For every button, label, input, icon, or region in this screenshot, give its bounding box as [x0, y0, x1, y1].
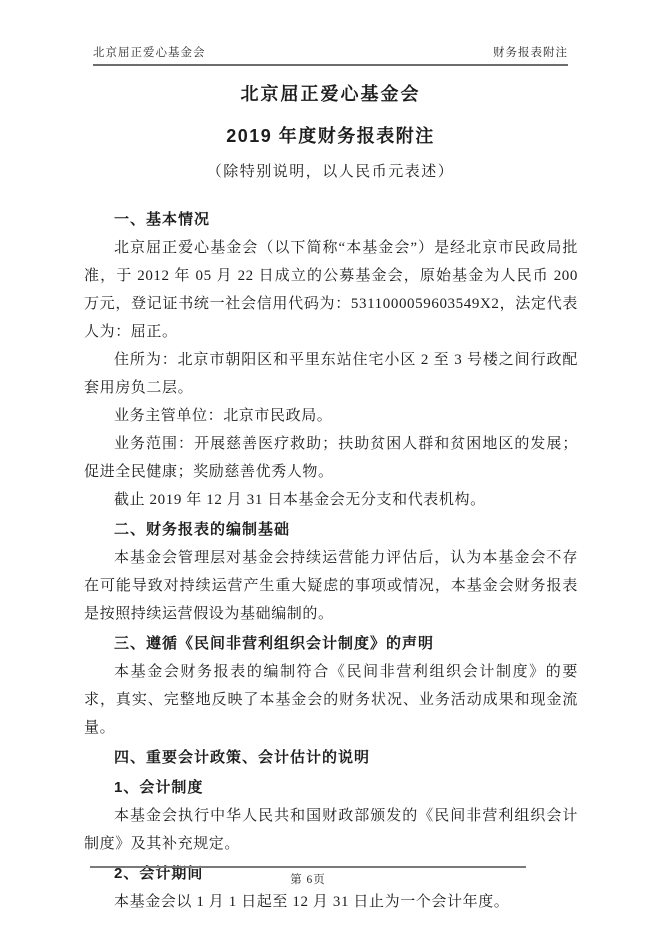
header-right-text: 财务报表附注 — [493, 44, 568, 60]
title-block: 北京屈正爱心基金会 2019 年度财务报表附注 （除特别说明，以人民币元表述） — [0, 80, 661, 181]
currency-note: （除特别说明，以人民币元表述） — [0, 160, 661, 181]
paragraph: 本基金会财务报表的编制符合《民间非营利组织会计制度》的要求，真实、完整地反映了本… — [84, 658, 578, 742]
section-1-heading: 一、基本情况 — [84, 206, 578, 234]
header-left-text: 北京屈正爱心基金会 — [93, 44, 206, 60]
paragraph: 本基金会执行中华人民共和国财政部颁发的《民间非营利组织会计制度》及其补充规定。 — [84, 802, 578, 858]
page-number: 第 6页 — [290, 874, 326, 886]
document-page: 北京屈正爱心基金会 财务报表附注 北京屈正爱心基金会 2019 年度财务报表附注… — [0, 0, 661, 935]
subsection-4-1-heading: 1、会计制度 — [84, 774, 578, 802]
section-3-heading: 三、遵循《民间非营利组织会计制度》的声明 — [84, 630, 578, 658]
paragraph: 住所为：北京市朝阳区和平里东站住宅小区 2 至 3 号楼之间行政配套用房负二层。 — [84, 346, 578, 402]
page-header: 北京屈正爱心基金会 财务报表附注 — [93, 44, 568, 66]
paragraph: 业务范围：开展慈善医疗救助；扶助贫困人群和贫困地区的发展；促进全民健康；奖励慈善… — [84, 430, 578, 486]
paragraph: 本基金会以 1 月 1 日起至 12 月 31 日止为一个会计年度。 — [84, 888, 578, 916]
paragraph: 业务主管单位：北京市民政局。 — [84, 402, 578, 430]
report-title: 2019 年度财务报表附注 — [0, 122, 661, 148]
section-2-heading: 二、财务报表的编制基础 — [84, 516, 578, 544]
org-title: 北京屈正爱心基金会 — [0, 80, 661, 106]
section-4-heading: 四、重要会计政策、会计估计的说明 — [84, 744, 578, 772]
page-footer: 第 6页 — [90, 866, 526, 887]
paragraph: 截止 2019 年 12 月 31 日本基金会无分支和代表机构。 — [84, 486, 578, 514]
document-body: 一、基本情况 北京屈正爱心基金会（以下简称“本基金会”）是经北京市民政局批准，于… — [84, 204, 578, 916]
paragraph: 本基金会管理层对基金会持续运营能力评估后，认为本基金会不存在可能导致对持续运营产… — [84, 544, 578, 628]
paragraph: 北京屈正爱心基金会（以下简称“本基金会”）是经北京市民政局批准，于 2012 年… — [84, 234, 578, 346]
